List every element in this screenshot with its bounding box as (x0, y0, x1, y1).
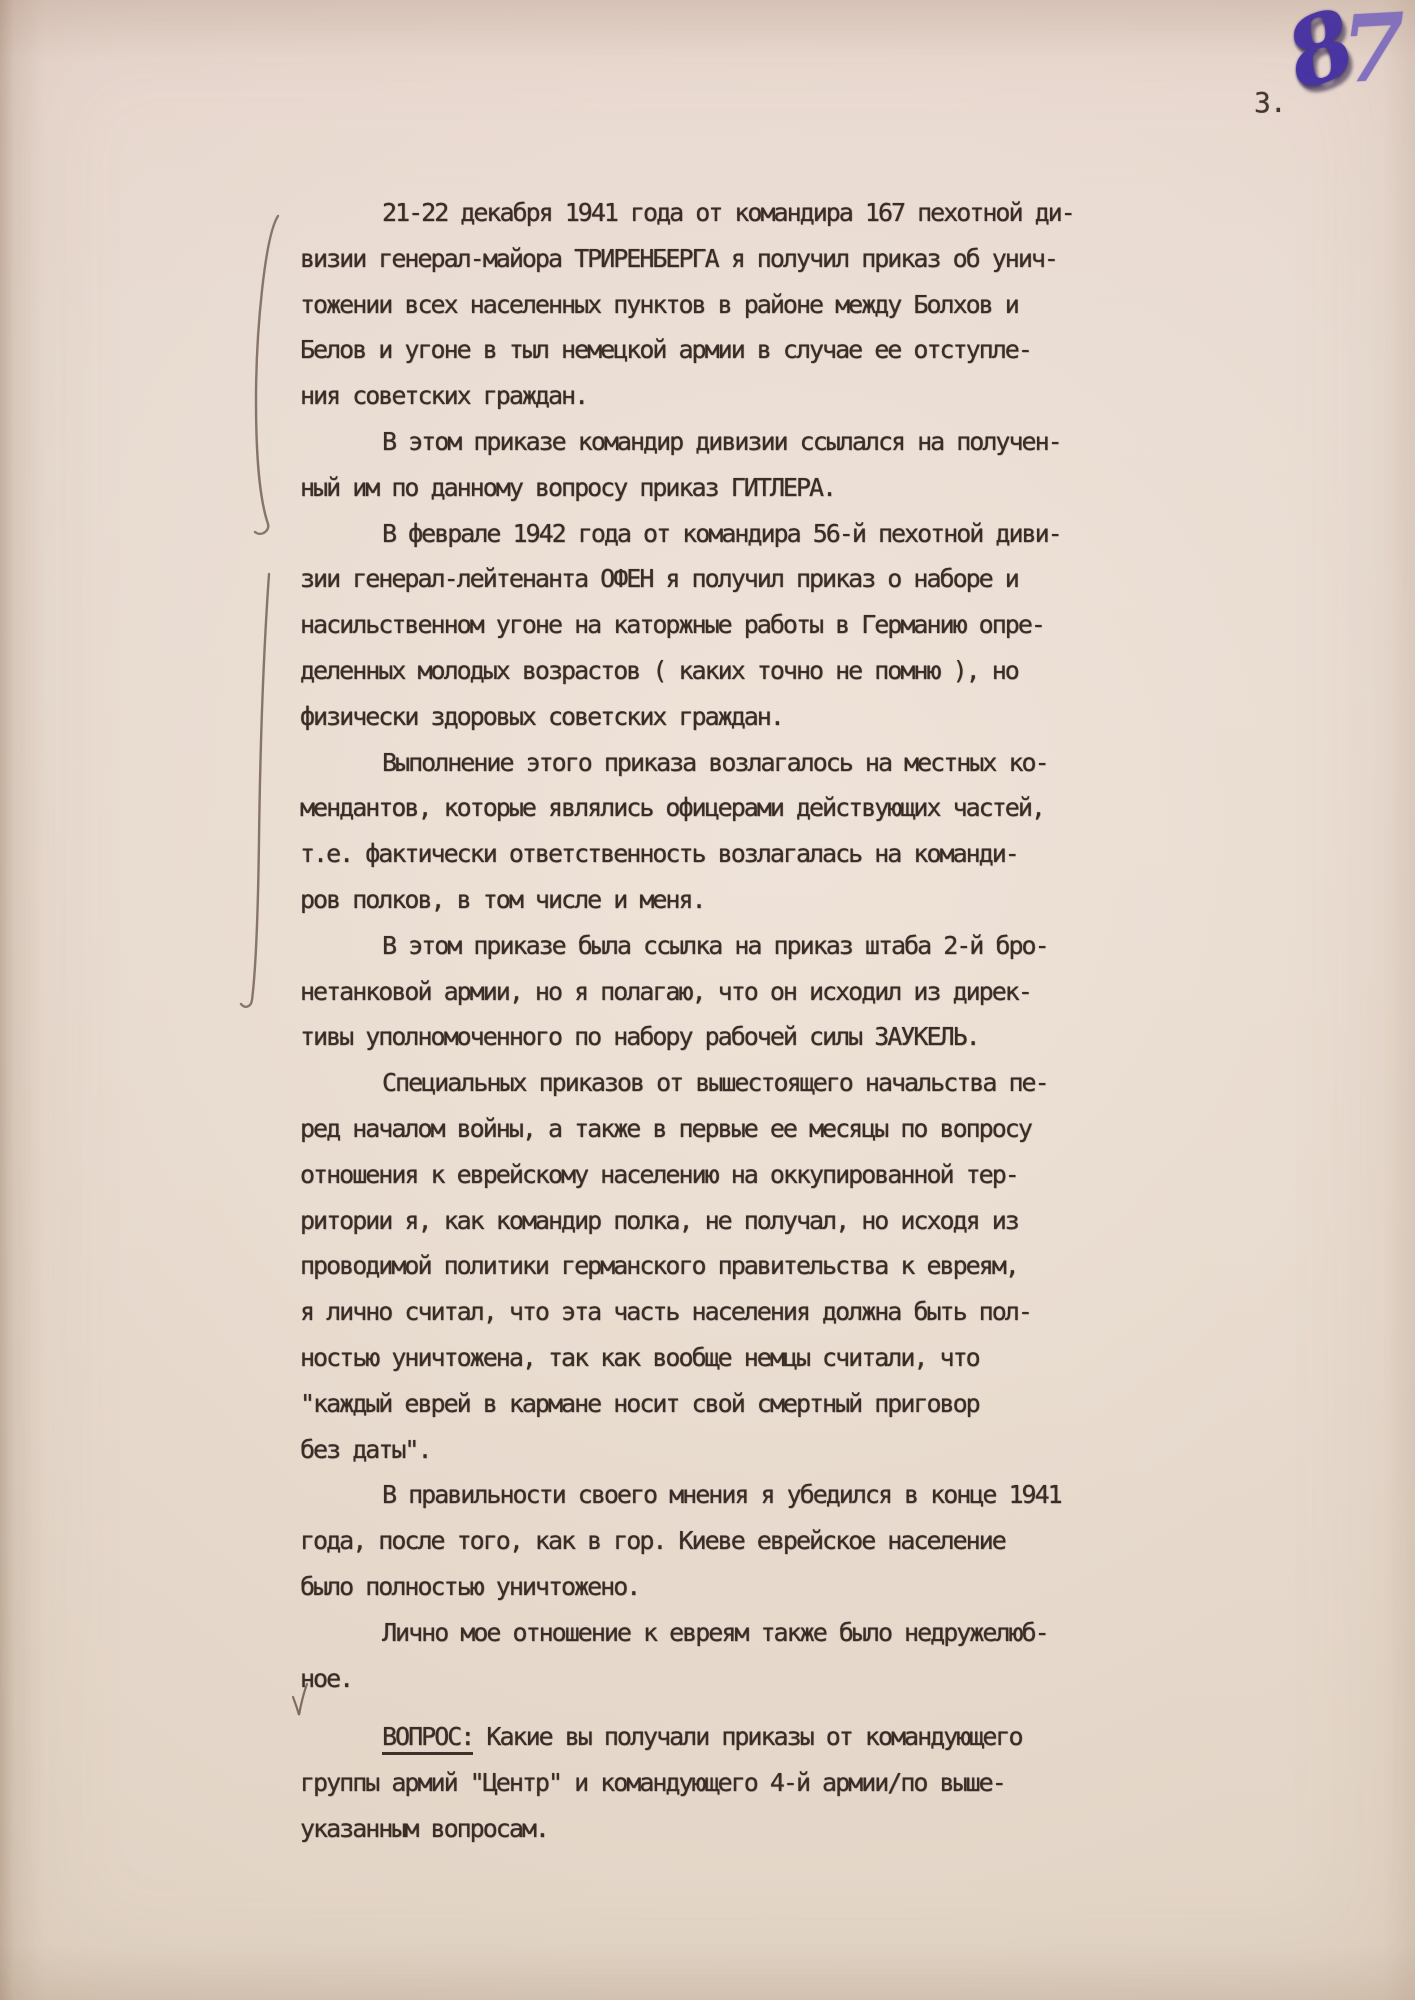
text-line: Специальных приказов от вышестоящего нач… (300, 1060, 1120, 1106)
text-line: Белов и угоне в тыл немецкой армии в слу… (300, 327, 1120, 373)
question-paragraph: ВОПРОС: Какие вы получали приказы от ком… (300, 1714, 1120, 1851)
paragraph: 21-22 декабря 1941 года от командира 167… (300, 190, 1120, 419)
paragraph: В этом приказе была ссылка на приказ шта… (300, 923, 1120, 1060)
text-line: т.е. фактически ответственность возлагал… (300, 831, 1120, 877)
text-line: ный им по данному вопросу приказ ГИТЛЕРА… (300, 465, 1120, 511)
paragraph: Лично мое отношение к евреям также было … (300, 1610, 1120, 1702)
text-line: нетанковой армии, но я полагаю, что он и… (300, 969, 1120, 1015)
paragraph: Специальных приказов от вышестоящего нач… (300, 1060, 1120, 1472)
document-body: 21-22 декабря 1941 года от командира 167… (300, 190, 1120, 1852)
paragraph: Выполнение этого приказа возлагалось на … (300, 740, 1120, 923)
text-line: указанным вопросам. (300, 1806, 1120, 1852)
sheet-number-handwritten: 87 (1278, 0, 1412, 109)
text-line: ния советских граждан. (300, 373, 1120, 419)
margin-mark-1-line (255, 216, 278, 534)
text-line: насильственном угоне на каторжные работы… (300, 602, 1120, 648)
text-line: В правильности своего мнения я убедился … (300, 1472, 1120, 1518)
text-line: отношения к еврейскому населению на окку… (300, 1152, 1120, 1198)
text-line: ритории я, как командир полка, не получа… (300, 1198, 1120, 1244)
text-line: 21-22 декабря 1941 года от командира 167… (300, 190, 1120, 236)
paragraph: В правильности своего мнения я убедился … (300, 1472, 1120, 1609)
text-line: без даты". (300, 1427, 1120, 1473)
text-line: зии генерал-лейтенанта ОФЕН я получил пр… (300, 556, 1120, 602)
text-line: проводимой политики германского правител… (300, 1243, 1120, 1289)
text-line: деленных молодых возрастов ( каких точно… (300, 648, 1120, 694)
text-line: В этом приказе была ссылка на приказ шта… (300, 923, 1120, 969)
text-line: физически здоровых советских граждан. (300, 694, 1120, 740)
sheet-number-digit-7: 7 (1339, 0, 1405, 104)
text-line: ное. (300, 1656, 1120, 1702)
paragraph: В этом приказе командир дивизии ссылался… (300, 419, 1120, 511)
text-line: Лично мое отношение к евреям также было … (300, 1610, 1120, 1656)
text-line: "каждый еврей в кармане носит свой смерт… (300, 1381, 1120, 1427)
text-line: ностью уничтожена, так как вообще немцы … (300, 1335, 1120, 1381)
text-line: ров полков, в том числе и меня. (300, 877, 1120, 923)
text-line: ред началом войны, а также в первые ее м… (300, 1106, 1120, 1152)
text-line: года, после того, как в гор. Киеве еврей… (300, 1518, 1120, 1564)
text-line: было полностью уничтожено. (300, 1564, 1120, 1610)
text-line: визии генерал-майора ТРИРЕНБЕРГА я получ… (300, 236, 1120, 282)
text-line: тивы уполномоченного по набору рабочей с… (300, 1014, 1120, 1060)
margin-mark-2-line (241, 574, 269, 1007)
document-page: 87 3. 21-22 декабря 1941 года от команди… (0, 0, 1415, 2000)
text-line: Выполнение этого приказа возлагалось на … (300, 740, 1120, 786)
text-line: группы армий "Центр" и командующего 4-й … (300, 1760, 1120, 1806)
text-line: я лично считал, что эта часть населения … (300, 1289, 1120, 1335)
paragraph: В феврале 1942 года от командира 56-й пе… (300, 511, 1120, 740)
page-number: 3. (1254, 86, 1286, 119)
text-line: ВОПРОС: Какие вы получали приказы от ком… (300, 1714, 1120, 1760)
question-label: ВОПРОС: (382, 1722, 473, 1755)
text-line: тожении всех населенных пунктов в районе… (300, 282, 1120, 328)
text-line: В этом приказе командир дивизии ссылался… (300, 419, 1120, 465)
text-line: В феврале 1942 года от командира 56-й пе… (300, 511, 1120, 557)
text-line: мендантов, которые являлись офицерами де… (300, 785, 1120, 831)
